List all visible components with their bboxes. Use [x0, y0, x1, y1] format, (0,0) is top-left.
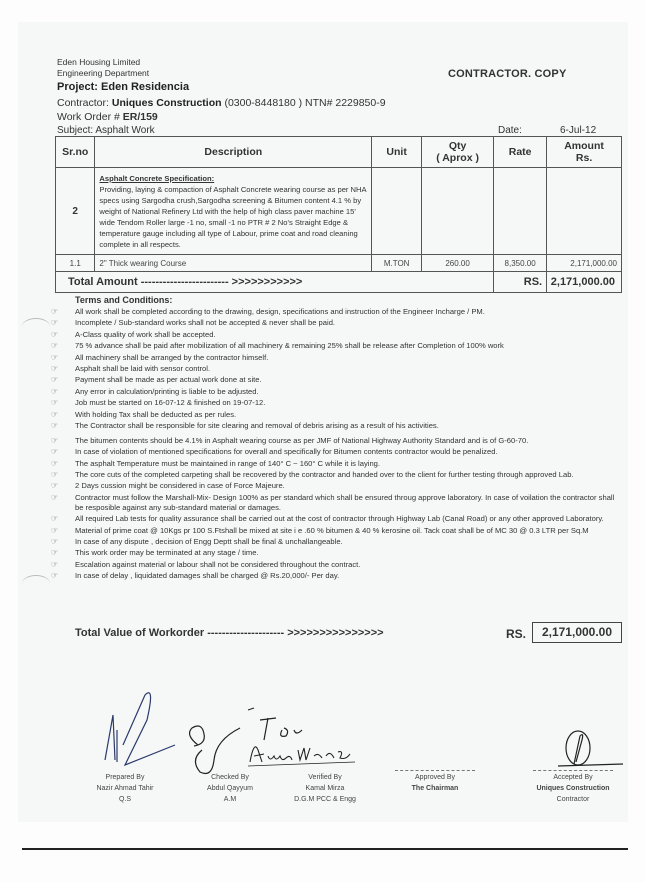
contractor-name: Uniques Construction — [112, 97, 222, 109]
pointing-hand-icon: ☞ — [51, 571, 58, 581]
term-item: ☞A-Class quality of work shall be accept… — [75, 330, 620, 340]
term-item: ☞75 % advance shall be paid after mobili… — [75, 341, 620, 351]
project-label: Project: — [57, 81, 98, 93]
date-label: Date: — [498, 125, 522, 136]
pointing-hand-icon: ☞ — [51, 398, 58, 408]
total-amount-label: Total Amount ------------------------ >>… — [56, 272, 494, 293]
contractor-label: Contractor: — [57, 97, 109, 109]
row-description: 2" Thick wearing Course — [95, 255, 372, 272]
signature-block-accepted: Accepted By Uniques Construction Contrac… — [518, 772, 628, 805]
term-item: ☞All work shall be completed according t… — [75, 307, 620, 317]
subject-label: Subject: — [57, 125, 93, 136]
subject-line: Subject: Asphalt Work — [57, 125, 155, 136]
pointing-hand-icon: ☞ — [51, 318, 58, 328]
col-rate: Rate — [494, 137, 547, 168]
pointing-hand-icon: ☞ — [51, 341, 58, 351]
pointing-hand-icon: ☞ — [51, 470, 58, 480]
company-name: Eden Housing Limited — [57, 57, 140, 67]
work-order-number: ER/159 — [123, 111, 158, 123]
pointing-hand-icon: ☞ — [51, 387, 58, 397]
col-amount: AmountRs. — [547, 137, 622, 168]
signature-block-approved: Approved By The Chairman — [380, 772, 490, 794]
row-rate: 8,350.00 — [494, 255, 547, 272]
department-name: Engineering Department — [57, 68, 149, 78]
pointing-hand-icon: ☞ — [51, 410, 58, 420]
signature-block-verified: Verified By Kamal Mirza D.G.M PCC & Engg — [270, 772, 380, 805]
term-item: ☞Material of prime coat @ 10Kgs pr 100 S… — [75, 526, 620, 536]
total-workorder-currency: RS. — [506, 627, 526, 641]
pointing-hand-icon: ☞ — [51, 548, 58, 558]
pointing-hand-icon: ☞ — [51, 330, 58, 340]
work-order-label: Work Order # — [57, 111, 120, 123]
subject-value: Asphalt Work — [95, 125, 154, 136]
project-name: Eden Residencia — [101, 81, 189, 93]
spec-description: Asphalt Concrete Specification: Providin… — [95, 168, 372, 255]
pointing-hand-icon: ☞ — [51, 459, 58, 469]
pointing-hand-icon: ☞ — [51, 375, 58, 385]
pointing-hand-icon: ☞ — [51, 537, 58, 547]
term-item: ☞Payment shall be made as per actual wor… — [75, 375, 620, 385]
total-workorder-label: Total Value of Workorder ---------------… — [75, 627, 384, 639]
term-item: ☞Escalation against material or labour s… — [75, 560, 620, 570]
row-unit: M.TON — [372, 255, 422, 272]
name: The Chairman — [380, 783, 490, 794]
title: Q.S — [70, 794, 180, 805]
pointing-hand-icon: ☞ — [51, 353, 58, 363]
term-item: ☞In case of delay , liquidated damages s… — [75, 571, 620, 581]
total-workorder-value: 2,171,000.00 — [532, 622, 622, 643]
pointing-hand-icon: ☞ — [51, 436, 58, 446]
role: Accepted By — [518, 772, 628, 783]
signature-accepted-icon — [548, 728, 628, 773]
term-item: ☞The bitumen contents should be 4.1% in … — [75, 436, 620, 446]
work-order-line: Work Order # ER/159 — [57, 111, 158, 123]
signature-block-prepared: Prepared By Nazir Ahmad Tahir Q.S — [70, 772, 180, 805]
terms-list: ☞All work shall be completed according t… — [75, 307, 620, 581]
term-item: ☞In case of any dispute , decision of En… — [75, 537, 620, 547]
row-qty: 260.00 — [422, 255, 494, 272]
role: Verified By — [270, 772, 380, 783]
copy-label: CONTRACTOR. COPY — [448, 68, 567, 80]
contractor-line: Contractor: Uniques Construction (0300-8… — [57, 97, 386, 109]
name: Abdul Qayyum — [175, 783, 285, 794]
project-line: Project: Eden Residencia — [57, 81, 189, 93]
term-item: ☞In case of violation of mentioned speci… — [75, 447, 620, 457]
punch-hole-mark — [22, 318, 50, 335]
term-item: ☞With holding Tax shall be deducted as p… — [75, 410, 620, 420]
row-srno: 1.1 — [56, 255, 95, 272]
signature-verified-icon — [240, 700, 370, 770]
table-row: 1.1 2" Thick wearing Course M.TON 260.00… — [56, 255, 622, 272]
total-amount-value: 2,171,000.00 — [547, 272, 622, 293]
role: Checked By — [175, 772, 285, 783]
term-item: ☞The Contractor shall be responsible for… — [75, 421, 620, 431]
row-amount: 2,171,000.00 — [547, 255, 622, 272]
pointing-hand-icon: ☞ — [51, 493, 58, 503]
term-item: ☞Job must be started on 16-07-12 & finis… — [75, 398, 620, 408]
pointing-hand-icon: ☞ — [51, 307, 58, 317]
term-item: ☞The asphalt Temperature must be maintai… — [75, 459, 620, 469]
spec-srno: 2 — [56, 168, 95, 255]
term-item: ☞2 Days cussion might be considered in c… — [75, 481, 620, 491]
spec-row: 2 Asphalt Concrete Specification: Provid… — [56, 168, 622, 255]
pointing-hand-icon: ☞ — [51, 364, 58, 374]
title: A.M — [175, 794, 285, 805]
pointing-hand-icon: ☞ — [51, 514, 58, 524]
term-item: ☞This work order may be terminated at an… — [75, 548, 620, 558]
term-item: ☞All machinery shall be arranged by the … — [75, 353, 620, 363]
term-item: ☞The core cuts of the completed carpetin… — [75, 470, 620, 480]
pointing-hand-icon: ☞ — [51, 421, 58, 431]
punch-hole-mark — [22, 575, 50, 592]
items-table: Sr.no Description Unit Qty( Aprox ) Rate… — [55, 136, 622, 293]
contractor-contact: (0300-8448180 ) NTN# 2229850-9 — [224, 97, 385, 109]
term-item: ☞All required Lab tests for quality assu… — [75, 514, 620, 524]
name: Kamal Mirza — [270, 783, 380, 794]
signature-prepared-icon — [85, 690, 185, 770]
date-value: 6-Jul-12 — [560, 125, 596, 136]
pointing-hand-icon: ☞ — [51, 481, 58, 491]
name: Uniques Construction — [518, 783, 628, 794]
term-item: ☞Contractor must follow the Marshall-Mix… — [75, 493, 620, 513]
col-description: Description — [95, 137, 372, 168]
terms-title: Terms and Conditions: — [75, 295, 620, 305]
pointing-hand-icon: ☞ — [51, 560, 58, 570]
term-item: ☞Asphalt shall be laid with sensor contr… — [75, 364, 620, 374]
role: Prepared By — [70, 772, 180, 783]
title: Contractor — [518, 794, 628, 805]
table-header-row: Sr.no Description Unit Qty( Aprox ) Rate… — [56, 137, 622, 168]
signature-block-checked: Checked By Abdul Qayyum A.M — [175, 772, 285, 805]
total-row: Total Amount ------------------------ >>… — [56, 272, 622, 293]
name: Nazir Ahmad Tahir — [70, 783, 180, 794]
pointing-hand-icon: ☞ — [51, 526, 58, 536]
spec-title: Asphalt Concrete Specification: — [99, 173, 367, 184]
role: Approved By — [380, 772, 490, 783]
spec-body: Providing, laying & compaction of Asphal… — [99, 184, 367, 250]
bottom-divider — [22, 848, 628, 850]
col-qty: Qty( Aprox ) — [422, 137, 494, 168]
terms-section: Terms and Conditions: ☞All work shall be… — [75, 295, 620, 583]
term-item: ☞Any error in calculation/printing is li… — [75, 387, 620, 397]
col-unit: Unit — [372, 137, 422, 168]
title: D.G.M PCC & Engg — [270, 794, 380, 805]
col-srno: Sr.no — [56, 137, 95, 168]
total-currency: RS. — [494, 272, 547, 293]
pointing-hand-icon: ☞ — [51, 447, 58, 457]
term-item: ☞Incomplete / Sub-standard works shall n… — [75, 318, 620, 328]
